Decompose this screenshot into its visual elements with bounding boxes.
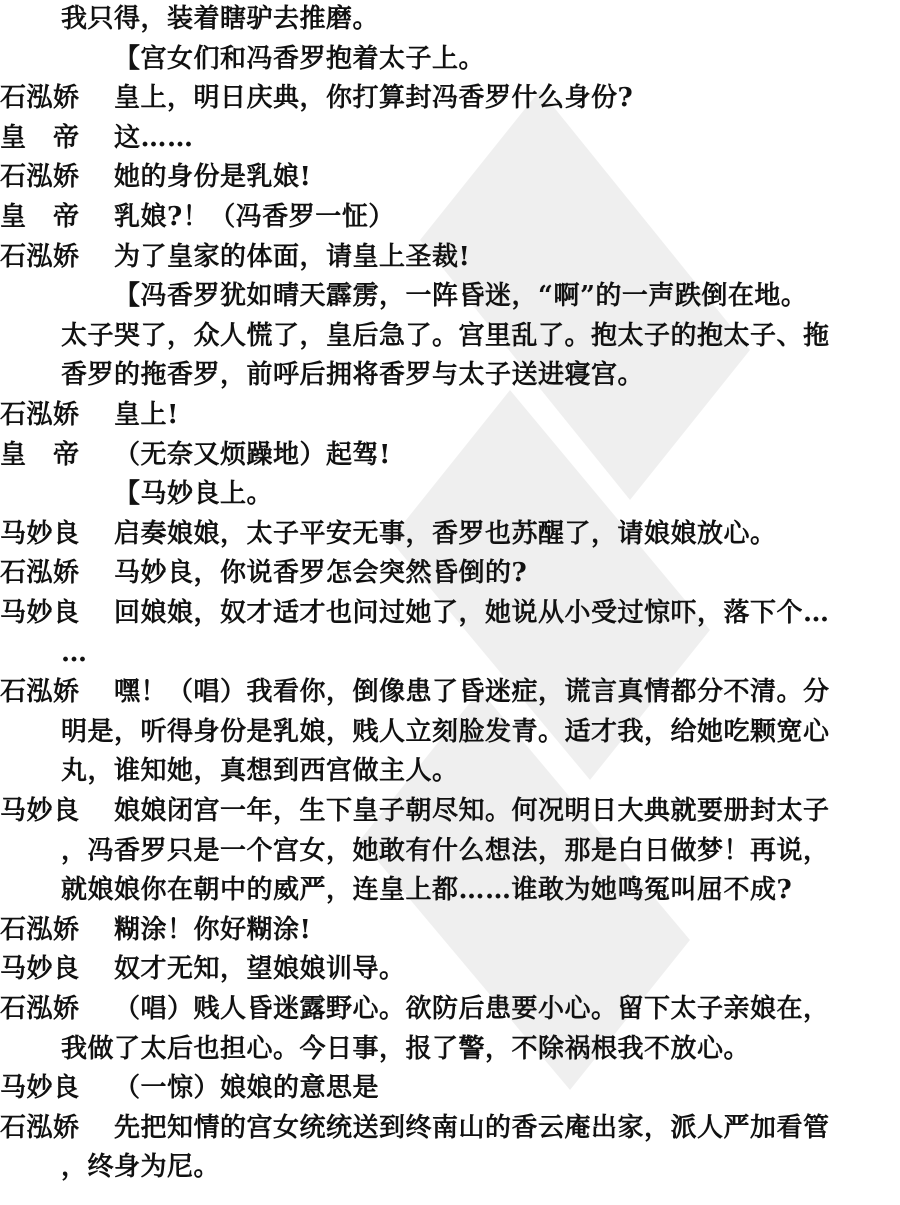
stage-direction-text: 【马妙良上。 bbox=[114, 474, 273, 514]
continuation-text: 我做了太后也担心。今日事，报了警，不除祸根我不放心。 bbox=[61, 1029, 750, 1069]
speaker-name: 石泓娇 bbox=[0, 910, 110, 950]
speaker-name: 马妙良 bbox=[0, 1068, 110, 1108]
continuation-text: 就娘娘你在朝中的威严，连皇上都……谁敢为她鸣冤叫屈不成? bbox=[61, 870, 792, 910]
speaker-name: 皇 帝 bbox=[0, 435, 110, 475]
dialogue-text: 她的身份是乳娘! bbox=[114, 157, 311, 197]
dialogue-text: 乳娘?！（冯香罗一怔） bbox=[114, 197, 395, 237]
dialogue-text: 启奏娘娘，太子平安无事，香罗也苏醒了，请娘娘放心。 bbox=[114, 514, 777, 554]
dialogue-text: 皇上! bbox=[114, 395, 179, 435]
dialogue-text: （无奈又烦躁地）起驾! bbox=[114, 435, 391, 475]
continuation-text: 我只得，装着瞎驴去推磨。 bbox=[61, 0, 379, 39]
dialogue-text: 回娘娘，奴才适才也问过她了，她说从小受过惊吓，落下个… bbox=[114, 593, 830, 633]
continuation-text: 明是，听得身份是乳娘，贱人立刻脸发青。适才我，给她吃颗宽心 bbox=[61, 712, 830, 752]
speaker-name: 马妙良 bbox=[0, 593, 110, 633]
speaker-name: 马妙良 bbox=[0, 514, 110, 554]
continuation-text: 香罗的拖香罗，前呼后拥将香罗与太子送进寝宫。 bbox=[61, 355, 644, 395]
dialogue-text: 糊涂！你好糊涂! bbox=[114, 910, 311, 950]
speaker-name: 石泓娇 bbox=[0, 78, 110, 118]
speaker-name: 石泓娇 bbox=[0, 553, 110, 593]
speaker-name: 石泓娇 bbox=[0, 672, 110, 712]
speaker-name: 石泓娇 bbox=[0, 395, 110, 435]
stage-direction-text: 【宫女们和冯香罗抱着太子上。 bbox=[114, 39, 485, 79]
continuation-text: 丸，谁知她，真想到西宫做主人。 bbox=[61, 751, 459, 791]
speaker-name: 石泓娇 bbox=[0, 237, 110, 277]
speaker-name: 石泓娇 bbox=[0, 989, 110, 1029]
dialogue-text: 马妙良，你说香罗怎会突然昏倒的? bbox=[114, 553, 527, 593]
speaker-name: 石泓娇 bbox=[0, 1108, 110, 1148]
continuation-text: ，终身为尼。 bbox=[61, 1147, 220, 1187]
speaker-name: 皇 帝 bbox=[0, 118, 110, 158]
dialogue-text: 这…… bbox=[114, 118, 194, 158]
dialogue-text: 皇上，明日庆典，你打算封冯香罗什么身份? bbox=[114, 78, 633, 118]
stage-direction-text: 【冯香罗犹如晴天霹雳，一阵昏迷，“啊”的一声跌倒在地。 bbox=[114, 276, 807, 316]
dialogue-text: 为了皇家的体面，请皇上圣裁! bbox=[114, 237, 470, 277]
speaker-name: 马妙良 bbox=[0, 949, 110, 989]
speaker-name: 石泓娇 bbox=[0, 157, 110, 197]
continuation-text: … bbox=[61, 633, 88, 673]
continuation-text: ，冯香罗只是一个宫女，她敢有什么想法，那是白日做梦！再说， bbox=[61, 831, 830, 871]
speaker-name: 马妙良 bbox=[0, 791, 110, 831]
dialogue-text: 娘娘闭宫一年，生下皇子朝尽知。何况明日大典就要册封太子 bbox=[114, 791, 830, 831]
dialogue-text: 奴才无知，望娘娘训导。 bbox=[114, 949, 406, 989]
dialogue-text: 嘿！（唱）我看你，倒像患了昏迷症，谎言真情都分不清。分 bbox=[114, 672, 830, 712]
dialogue-text: 先把知情的宫女统统送到终南山的香云庵出家，派人严加看管 bbox=[114, 1108, 830, 1148]
speaker-name: 皇 帝 bbox=[0, 197, 110, 237]
dialogue-text: （唱）贱人昏迷露野心。欲防后患要小心。留下太子亲娘在， bbox=[114, 989, 830, 1029]
dialogue-text: （一惊）娘娘的意思是 bbox=[114, 1068, 379, 1108]
continuation-text: 太子哭了，众人慌了，皇后急了。宫里乱了。抱太子的抱太子、拖 bbox=[61, 316, 830, 356]
